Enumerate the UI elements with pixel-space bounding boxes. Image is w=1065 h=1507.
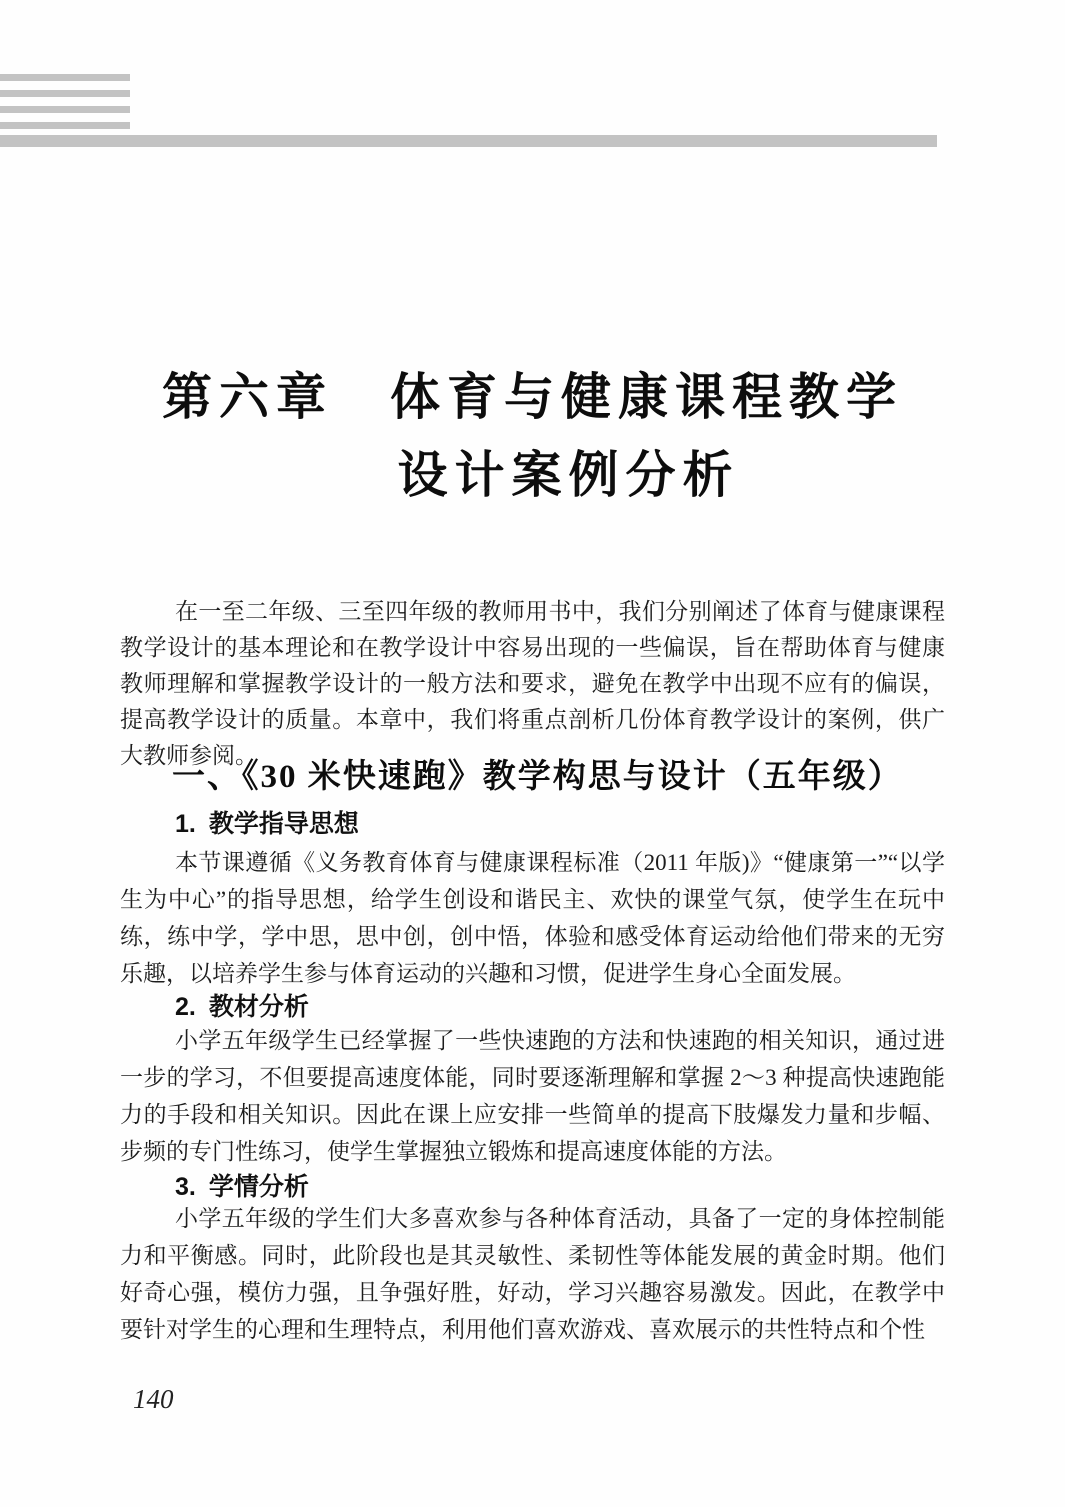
subsection-1-number: 1. [175, 810, 196, 838]
chapter-title-line1: 第六章 体育与健康课程教学 [0, 371, 1065, 423]
subsection-2-title: 教材分析 [209, 993, 309, 1021]
subsection-1-heading: 1.教学指导思想 [120, 810, 1000, 838]
subsection-1-title: 教学指导思想 [209, 810, 359, 838]
subsection-2-body: 小学五年级学生已经掌握了一些快速跑的方法和快速跑的相关知识，通过进一步的学习，不… [120, 1022, 945, 1170]
subsection-3-body: 小学五年级的学生们大多喜欢参与各种体育活动，具备了一定的身体控制能力和平衡感。同… [120, 1200, 945, 1348]
subsection-1-body: 本节课遵循《义务教育体育与健康课程标准（2011 年版)》“健康第一”“以学生为… [120, 844, 945, 992]
decor-bar-short-4 [0, 122, 130, 129]
subsection-3-heading: 3.学情分析 [120, 1173, 1000, 1201]
section-heading: 一、《30 米快速跑》教学构思与设计（五年级） [120, 754, 1017, 800]
decor-bar-short-1 [0, 74, 130, 81]
subsection-3-number: 3. [175, 1173, 196, 1201]
chapter-title: 第六章 体育与健康课程教学 设计案例分析 [0, 371, 1065, 501]
decor-bar-short-3 [0, 106, 130, 113]
decor-bar-wide [0, 135, 937, 147]
page-number: 140 [133, 1384, 174, 1415]
subsection-3-title: 学情分析 [209, 1173, 309, 1201]
book-page: 第六章 体育与健康课程教学 设计案例分析 在一至二年级、三至四年级的教师用书中，… [0, 0, 1065, 1507]
subsection-2-heading: 2.教材分析 [120, 993, 1000, 1021]
intro-paragraph: 在一至二年级、三至四年级的教师用书中，我们分别阐述了体育与健康课程教学设计的基本… [120, 594, 945, 774]
decor-bar-short-2 [0, 90, 130, 97]
chapter-title-line2: 设计案例分析 [36, 449, 1065, 501]
subsection-2-number: 2. [175, 993, 196, 1021]
